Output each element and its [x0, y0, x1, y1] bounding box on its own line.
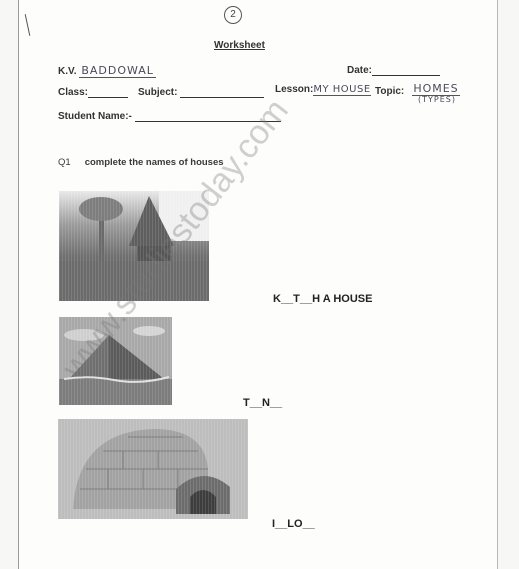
date-label: Date: [347, 65, 372, 76]
answer-3[interactable]: I__LO__ [272, 518, 315, 530]
date-input[interactable] [372, 64, 440, 76]
subject-label: Subject: [138, 87, 177, 98]
class-field: Class: [58, 86, 128, 98]
school-label: K.V. [58, 66, 77, 77]
lesson-field: Lesson:MY HOUSE [275, 84, 371, 95]
student-name-input[interactable] [135, 110, 281, 122]
question-text: complete the names of houses [85, 157, 224, 168]
topic-value[interactable]: HOMES [412, 82, 460, 96]
question-number: Q1 [58, 157, 71, 168]
student-name-label: Student Name:- [58, 111, 132, 122]
tent-illustration [59, 317, 172, 405]
hut-illustration [59, 191, 209, 301]
hut-photo [59, 191, 209, 301]
subject-field: Subject: [138, 86, 264, 98]
tent-photo [59, 317, 172, 405]
worksheet-title: Worksheet [214, 40, 265, 51]
page-number: 2 [224, 6, 242, 24]
answer-1[interactable]: K__T__H A HOUSE [273, 293, 372, 305]
subject-input[interactable] [180, 86, 264, 98]
igloo-illustration [58, 419, 248, 519]
question-1: Q1complete the names of houses [58, 157, 224, 168]
igloo-photo [58, 419, 248, 519]
student-name-field: Student Name:- [58, 110, 281, 122]
lesson-label: Lesson: [275, 84, 313, 95]
school-field: K.V. BADDOWAL [58, 64, 156, 77]
answer-2[interactable]: T__N__ [243, 397, 282, 409]
topic-field: Topic: [375, 86, 404, 97]
class-label: Class: [58, 87, 88, 98]
school-value[interactable]: BADDOWAL [79, 64, 156, 78]
topic-subvalue: (TYPES) [418, 95, 456, 104]
lesson-value[interactable]: MY HOUSE [313, 84, 370, 96]
topic-label: Topic: [375, 86, 404, 97]
class-input[interactable] [88, 86, 128, 98]
date-field: Date: [347, 64, 440, 76]
